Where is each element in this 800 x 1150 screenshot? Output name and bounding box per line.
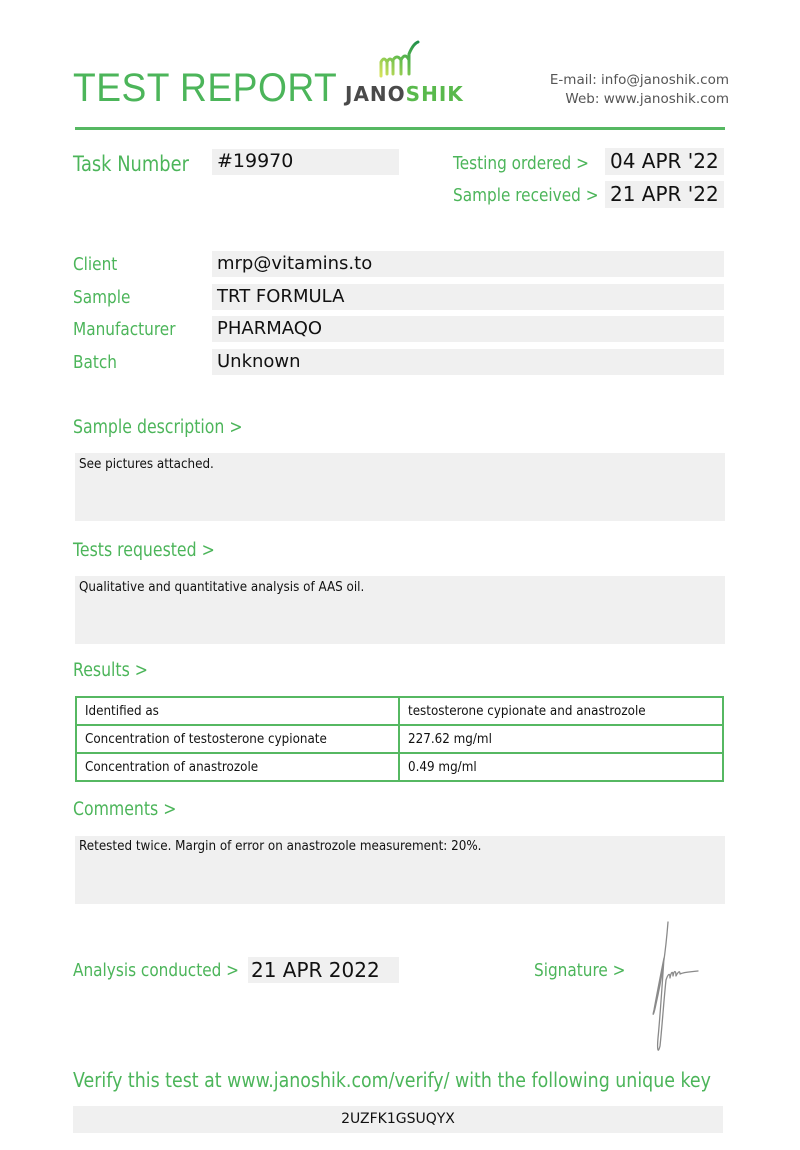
result-value-cell: testosterone cypionate and anastrozole [399, 697, 723, 725]
sample-received-label: Sample received > [453, 185, 599, 206]
manufacturer-label: Manufacturer [73, 319, 176, 340]
batch-value: Unknown [217, 351, 301, 372]
analysis-conducted-value: 21 APR 2022 [251, 958, 380, 982]
batch-label: Batch [73, 352, 117, 373]
table-row: Concentration of testosterone cypionate … [76, 725, 723, 753]
result-value-cell: 0.49 mg/ml [399, 753, 723, 781]
testing-ordered-label: Testing ordered > [453, 153, 589, 174]
verify-instructions: Verify this test at www.janoshik.com/ver… [73, 1068, 711, 1092]
analysis-conducted-label: Analysis conducted > [73, 960, 239, 981]
comments-heading: Comments > [73, 799, 176, 820]
signature-label: Signature > [534, 960, 625, 981]
result-label-cell: Concentration of anastrozole [76, 753, 399, 781]
task-number-label: Task Number [73, 152, 189, 176]
table-row: Concentration of anastrozole 0.49 mg/ml [76, 753, 723, 781]
table-row: Identified as testosterone cypionate and… [76, 697, 723, 725]
sample-description-heading: Sample description > [73, 417, 243, 438]
sample-label: Sample [73, 287, 130, 308]
client-value: mrp@vitamins.to [217, 253, 372, 274]
results-table: Identified as testosterone cypionate and… [75, 696, 724, 782]
sample-description-text: See pictures attached. [79, 457, 214, 472]
result-label-cell: Concentration of testosterone cypionate [76, 725, 399, 753]
sample-value: TRT FORMULA [217, 286, 344, 307]
testing-ordered-value: 04 APR '22 [610, 149, 719, 173]
contact-email: E-mail: info@janoshik.com [550, 71, 729, 90]
task-number-value: #19970 [217, 150, 293, 172]
results-heading: Results > [73, 660, 148, 681]
header-divider [75, 127, 725, 130]
client-label: Client [73, 254, 117, 275]
handwritten-signature-icon [640, 918, 710, 1058]
result-value-cell: 227.62 mg/ml [399, 725, 723, 753]
sample-received-value: 21 APR '22 [610, 182, 719, 206]
tests-requested-text: Qualitative and quantitative analysis of… [79, 580, 364, 595]
contact-info: E-mail: info@janoshik.com Web: www.janos… [550, 71, 729, 109]
comments-text: Retested twice. Margin of error on anast… [79, 839, 481, 854]
verify-key-value: 2UZFK1GSUQYX [73, 1111, 723, 1127]
brand-logo-text: JANOSHIK [345, 82, 464, 106]
manufacturer-value: PHARMAQO [217, 318, 322, 339]
contact-web: Web: www.janoshik.com [550, 90, 729, 109]
report-title: TEST REPORT [73, 66, 337, 111]
result-label-cell: Identified as [76, 697, 399, 725]
tests-requested-heading: Tests requested > [73, 540, 215, 561]
